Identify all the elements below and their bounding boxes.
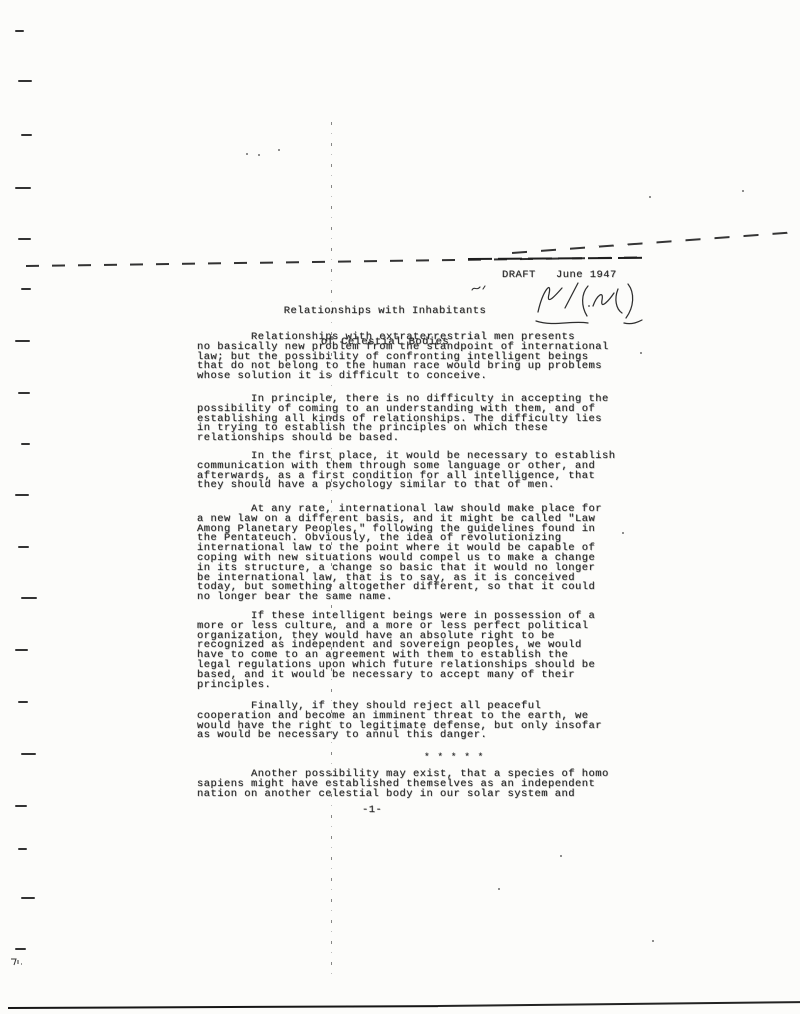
edge-tick-mark [21,753,36,755]
edge-tick-mark [21,897,35,899]
bottom-edge-line-right [438,1001,800,1007]
edge-tick-mark [15,340,30,342]
edge-tick-mark [15,649,28,651]
edge-tick-mark [18,546,29,548]
edge-tick-mark [18,238,31,240]
scan-speck [622,532,624,534]
paragraph-4: At any rate, international law should ma… [197,505,602,603]
page-number: -1- [362,806,382,816]
corner-artifact-mark [10,957,26,967]
scan-speck [498,888,500,890]
scan-speck [258,154,260,156]
top-dashed-line-upper [512,230,800,254]
edge-tick-mark [18,848,27,850]
paragraph-7: Another possibility may exist, that a sp… [197,770,609,799]
edge-tick-mark [15,805,27,807]
edge-tick-mark [15,494,29,496]
edge-tick-mark [18,701,28,703]
edge-tick-mark [21,288,31,290]
edge-tick-mark [18,392,30,394]
top-dashed-line-dark-segment [468,257,648,261]
edge-tick-mark [21,597,37,599]
scan-speck [640,352,642,354]
handwritten-signature [528,276,662,330]
document-title-line1: Relationships with Inhabitants [250,306,520,316]
scan-speck [588,305,590,307]
paragraph-5: If these intelligent beings were in poss… [197,612,595,690]
scan-speck [649,196,651,198]
scan-speck [652,940,654,942]
edge-tick-mark [21,443,30,445]
paragraph-1: Relationships with extraterrestrial men … [197,333,609,382]
bottom-edge-line-left [8,1005,438,1009]
paragraph-2: In principle, there is no difficulty in … [197,395,609,444]
scanned-document-page: DRAFT June 1947 Relationships with Inhab… [0,0,800,1014]
edge-tick-mark [18,80,32,82]
scan-speck [246,153,248,155]
paragraph-6: Finally, if they should reject all peace… [197,702,602,741]
section-separator: * * * * * [424,752,484,762]
edge-tick-mark [15,30,24,32]
scan-speck [560,855,562,857]
scan-speck [278,149,280,151]
paragraph-3: In the first place, it would be necessar… [197,452,616,491]
edge-tick-mark [21,134,32,136]
scan-speck [742,190,744,192]
edge-tick-mark [15,187,31,189]
edge-tick-mark [15,948,26,950]
